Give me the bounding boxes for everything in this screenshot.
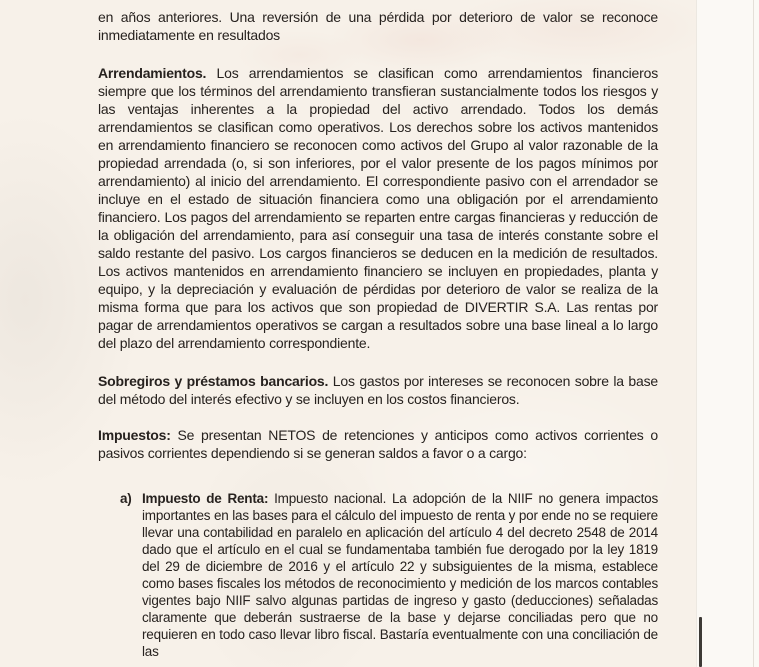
paragraph-text: en años anteriores. Una reversión de una…	[98, 9, 658, 43]
list-item-heading: Impuesto de Renta:	[142, 491, 268, 506]
paragraph-text: Los arrendamientos se clasifican como ar…	[98, 65, 658, 351]
list-item-text: Impuesto nacional. La adopción de la NII…	[142, 491, 658, 659]
document-content: en años anteriores. Una reversión de una…	[98, 8, 658, 660]
list-item-impuesto-renta: a) Impuesto de Renta: Impuesto nacional.…	[120, 490, 658, 660]
paragraph-text: Se presentan NETOS de retenciones y anti…	[98, 427, 658, 461]
paragraph-heading: Impuestos:	[98, 427, 171, 443]
paragraph-arrendamientos: Arrendamientos. Los arrendamientos se cl…	[98, 64, 658, 352]
document-page: en años anteriores. Una reversión de una…	[0, 0, 759, 667]
scanner-edge-strip	[696, 0, 759, 667]
paragraph-deterioro-continuation: en años anteriores. Una reversión de una…	[98, 8, 658, 44]
paragraph-heading: Sobregiros y préstamos bancarios.	[98, 373, 328, 389]
scanner-edge-line	[753, 0, 754, 667]
paragraph-heading: Arrendamientos.	[98, 65, 206, 81]
paragraph-impuestos: Impuestos: Se presentan NETOS de retenci…	[98, 426, 658, 462]
list-marker: a)	[120, 490, 142, 660]
list-item-content: Impuesto de Renta: Impuesto nacional. La…	[142, 490, 658, 660]
scan-artifact-line	[699, 617, 702, 667]
paragraph-sobregiros: Sobregiros y préstamos bancarios. Los ga…	[98, 372, 658, 408]
